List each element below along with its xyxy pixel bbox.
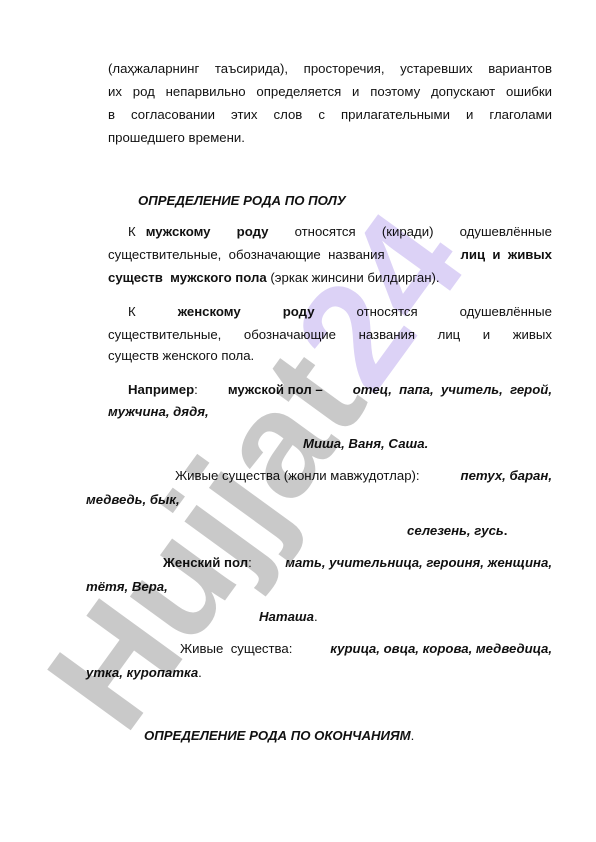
example-masc-words-2: мужчина, дядя, <box>108 404 209 420</box>
fem-text-otnosyatsya: относятся <box>357 304 418 320</box>
fem-k: К <box>128 304 136 320</box>
colon: : <box>248 555 252 570</box>
period: . <box>198 665 202 680</box>
masc-term-lits: лиц и живых <box>460 247 552 263</box>
example-fem-animals-line-1: Живые существа: курица, овца, корова, ме… <box>180 641 552 657</box>
example-fem-line-1: Женский пол: мать, учительница, героиня,… <box>163 555 552 571</box>
masc-line-1: К мужскому роду относятся (киради) одуше… <box>108 224 552 240</box>
example-animals-line-1: Живые существа (жонли мавжудотлар): пету… <box>175 468 552 484</box>
example-animals-words-3: селезень, гусь <box>407 523 504 538</box>
example-animals-words: петух, баран, <box>461 468 552 484</box>
fem-text-odushevlennye: одушевлённые <box>460 304 552 320</box>
masc-k: К <box>128 224 136 240</box>
example-fem-animals-label: Живые существа: <box>180 641 292 657</box>
example-masc-words: отец, папа, учитель, герой, <box>353 382 552 398</box>
example-fem-animals-words: курица, овца, корова, медведица, <box>330 641 552 657</box>
example-animals-line-3: селезень, гусь. <box>407 523 507 539</box>
masc-line-2: существительные, обозначающие названия л… <box>108 247 552 263</box>
fem-line-1: К женскому роду относятся одушевлённые <box>108 304 552 320</box>
example-label: Например <box>128 382 194 397</box>
example-fem-label: Женский пол <box>163 555 248 570</box>
example-fem-animals-line-2: утка, куропатка. <box>86 665 202 681</box>
fem-names: Наташа <box>259 609 314 624</box>
fem-line-3: существ женского пола. <box>108 348 254 364</box>
example-fem-words: мать, учительница, героиня, женщина, <box>285 555 552 571</box>
document-body: (лаҳжаларнинг таъсирида), просторечия, у… <box>0 0 596 842</box>
masc-text-otnosyatsya: относятся <box>295 224 356 240</box>
example-fem-names: Наташа. <box>259 609 318 625</box>
period: . <box>504 523 508 538</box>
example-animals-label: Живые существа (жонли мавжудотлар): <box>175 468 420 484</box>
fem-line-2: существительные, обозначающие названия л… <box>108 327 552 343</box>
intro-line-3: в согласовании этих слов с прилагательны… <box>108 107 552 123</box>
example-line-1: Например: мужской пол – отец, папа, учит… <box>128 382 552 398</box>
intro-line-1: (лаҳжаларнинг таъсирида), просторечия, у… <box>108 61 552 77</box>
heading-text: ОПРЕДЕЛЕНИЕ РОДА ПО ОКОНЧАНИЯМ <box>144 728 411 743</box>
example-masc-label: мужской пол – <box>228 382 323 398</box>
document-page: Hujjat 24 (лаҳжаларнинг таъсирида), прос… <box>0 0 596 842</box>
masc-text-kiradi: (киради) <box>382 224 434 240</box>
masc-text-odushevlennye: одушевлённые <box>460 224 552 240</box>
intro-line-4: прошедшего времени. <box>108 130 245 146</box>
section-heading-by-endings: ОПРЕДЕЛЕНИЕ РОДА ПО ОКОНЧАНИЯМ. <box>144 728 414 744</box>
section-heading-by-gender: ОПРЕДЕЛЕНИЕ РОДА ПО ПОЛУ <box>138 193 346 209</box>
masc-text-nouns: существительные, обозначающие названия <box>108 247 385 263</box>
example-animals-line-2: медведь, бык, <box>86 492 180 508</box>
masc-term-muzhskomu: мужскому <box>146 224 211 240</box>
period: . <box>411 728 415 743</box>
masc-term-rodu: роду <box>237 224 269 240</box>
masc-line-3: существ мужского пола (эркак жинсини бил… <box>108 270 440 286</box>
fem-term-zhenskomu: женскому <box>178 304 241 320</box>
masc-text-uzbek: (эркак жинсини билдирган). <box>267 270 440 285</box>
example-masc-names: Миша, Ваня, Саша. <box>303 436 428 452</box>
masc-term-sushchestv: существ мужского пола <box>108 270 267 285</box>
intro-line-2: их род непарвильно определяется и поэтом… <box>108 84 552 100</box>
example-colon: : <box>194 382 198 397</box>
example-fem-line-2: тётя, Вера, <box>86 579 168 595</box>
period: . <box>314 609 318 624</box>
fem-term-rodu: роду <box>283 304 315 320</box>
fem-animals-words-2: утка, куропатка <box>86 665 198 680</box>
